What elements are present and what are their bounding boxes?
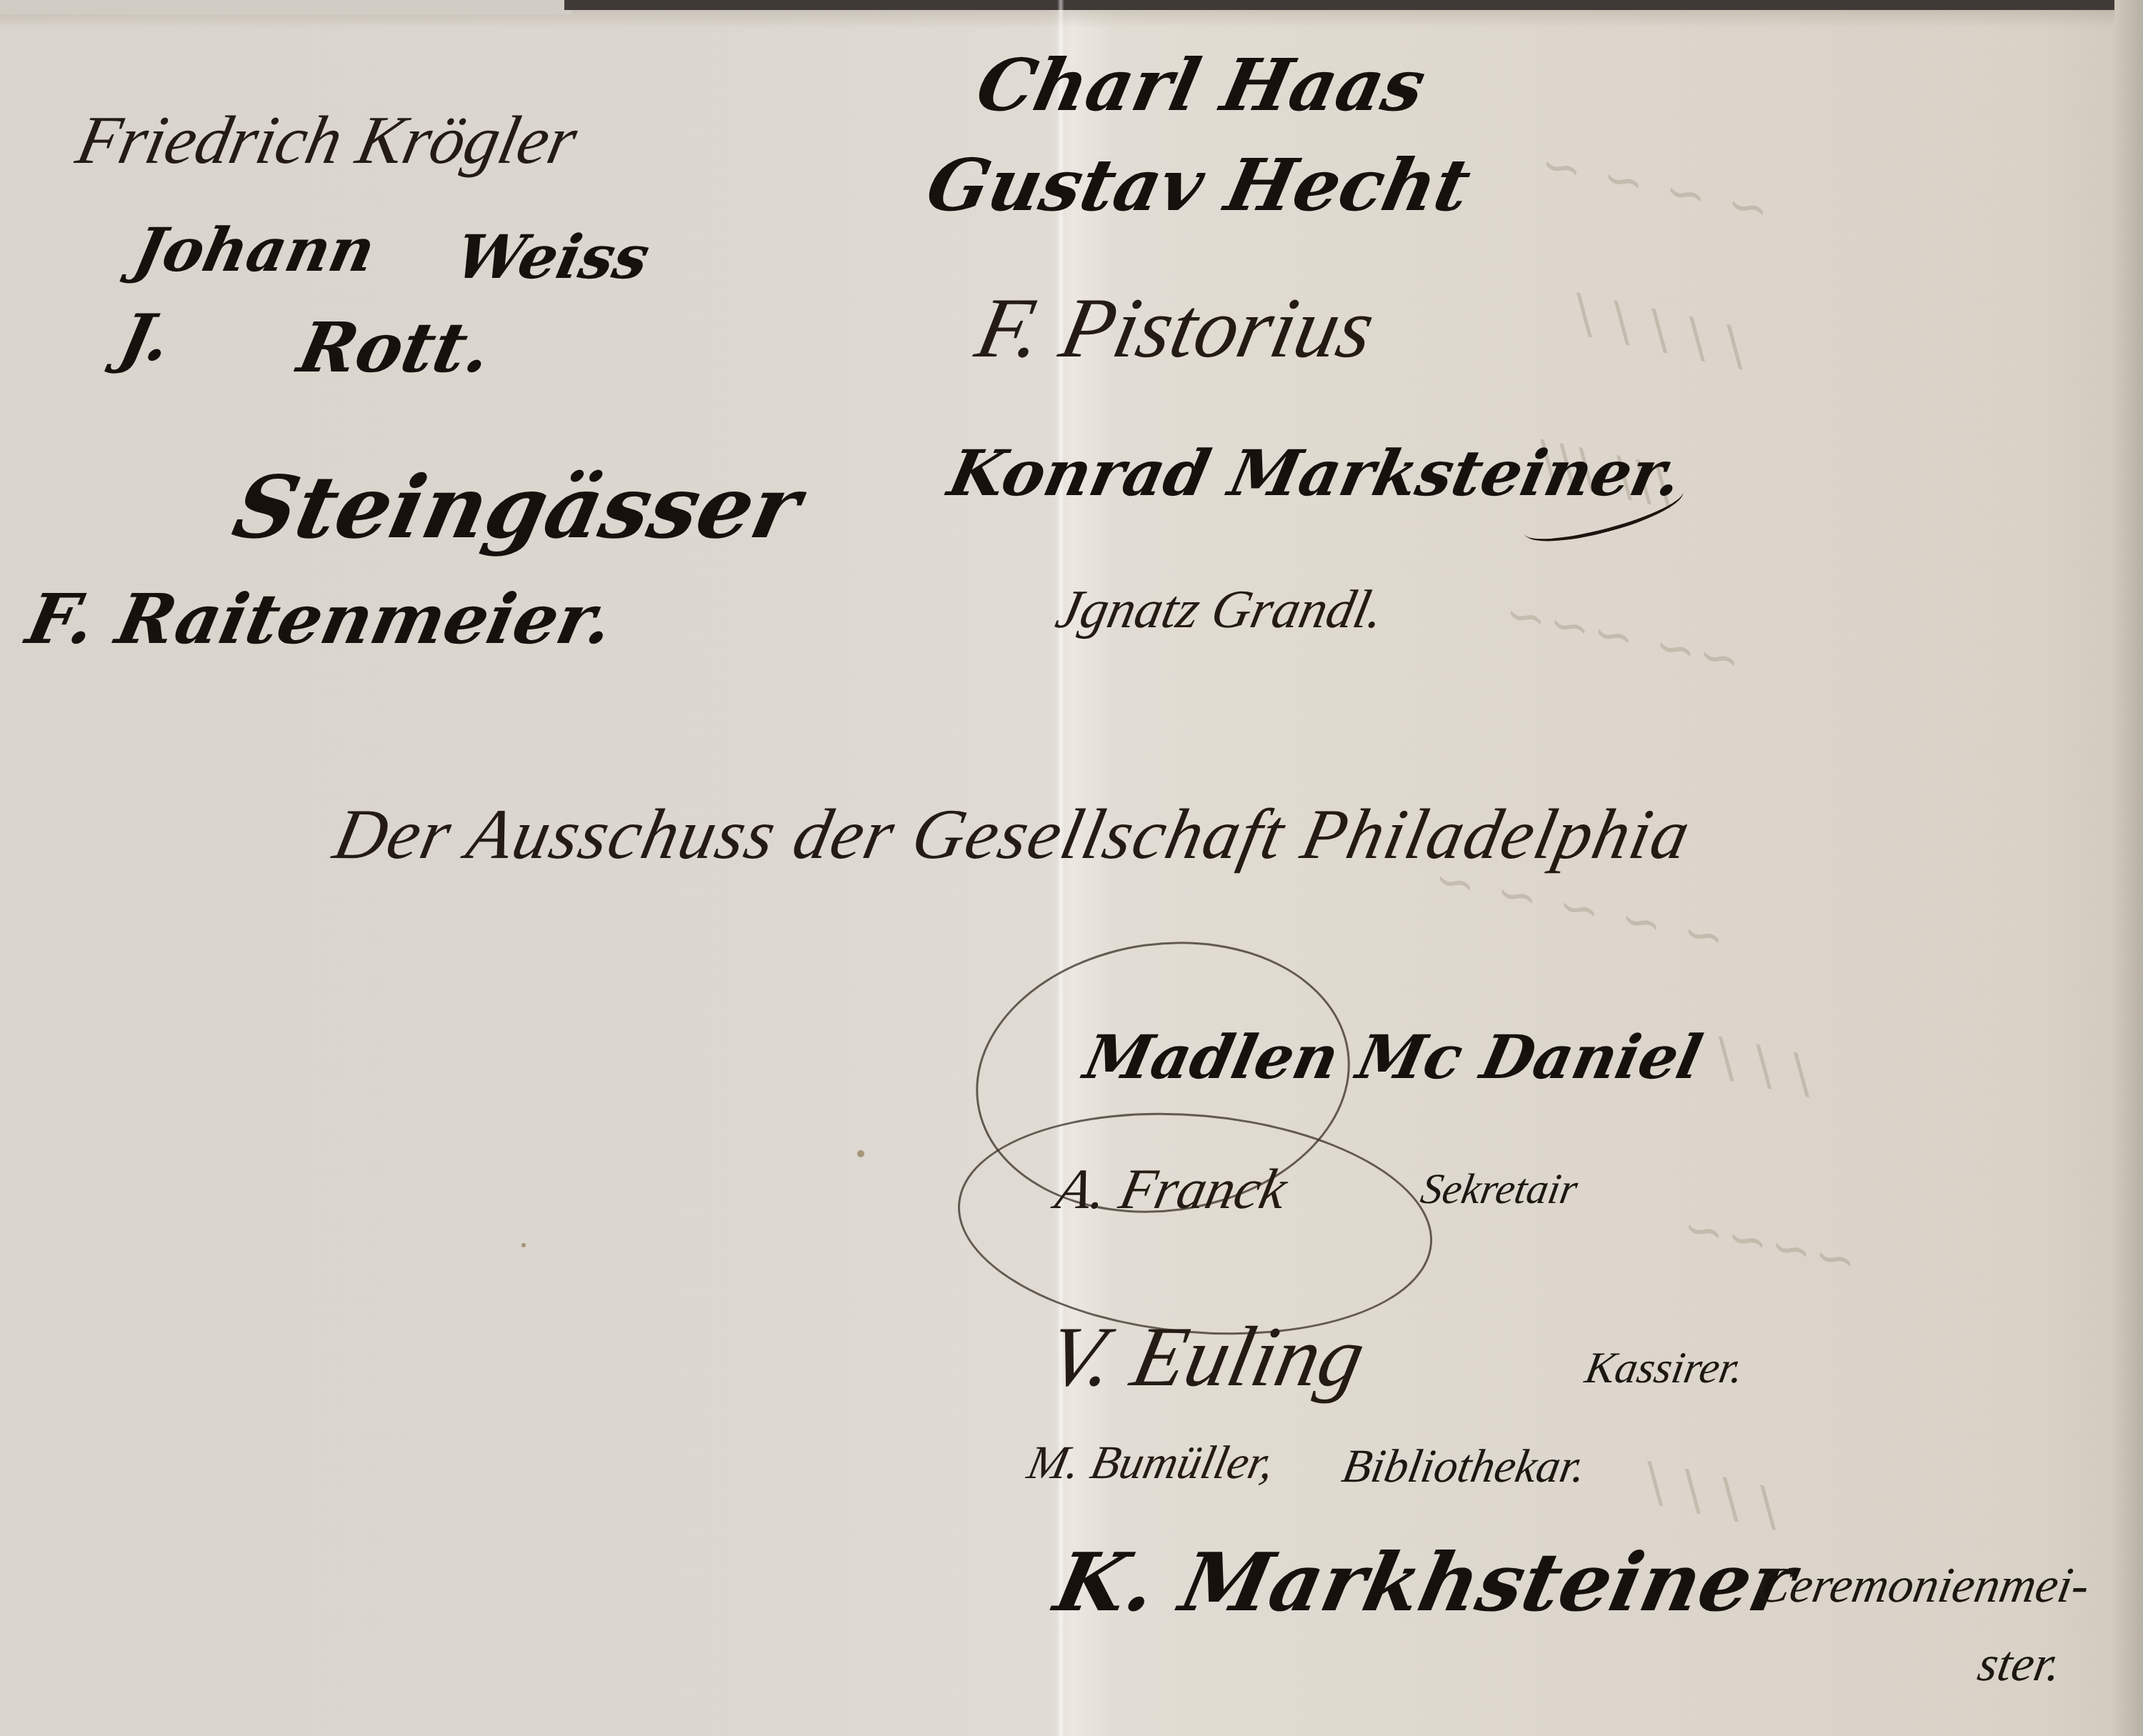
signature-johann: Johann [128, 214, 381, 285]
signature-rott: Rott. [291, 307, 499, 388]
signature-friedrich-kroegler: Friedrich Krögler [70, 100, 584, 179]
role-ceremonienmeister: Ceremonienmei- [1752, 1557, 2094, 1615]
bleed-through-text: ~~ ~~~ [1497, 583, 1746, 691]
heading-society-committee: Der Ausschuss der Gesellschaft Philadelp… [327, 793, 1699, 875]
background-strip [564, 0, 2143, 10]
bleed-through-text: ~ ~ ~ ~ [1532, 134, 1774, 240]
signature-a-franck: A. Franck [1050, 1157, 1292, 1222]
signature-raitenmeier: F. Raitenmeier. [20, 579, 621, 659]
bleed-through-text: / / / / / [1567, 283, 1749, 376]
signature-pistorius: F. Pistorius [968, 279, 1383, 377]
signature-president: Madlen Mc Daniel [1078, 1022, 1708, 1092]
bleed-through-text: / / / [1709, 1027, 1816, 1104]
signature-ignatz-grandl: Jgnatz Grandl. [1051, 579, 1389, 641]
paper-stain [521, 1243, 526, 1247]
paper-stain [857, 1150, 864, 1157]
bleed-through-text: / / / / [1639, 1451, 1783, 1537]
signature-gustav-hecht: Gustav Hecht [919, 143, 1477, 227]
document-paper: ~ ~ ~ ~ / / / / / /// /// ~~ ~~~ ~ ~ ~ ~… [0, 0, 2143, 1736]
signature-charl-haas: Charl Haas [969, 43, 1432, 127]
signature-m-bumueller: M. Bumüller, [1023, 1436, 1279, 1490]
signature-v-euling: V. Euling [1039, 1307, 1373, 1406]
role-bibliothekar: Bibliothekar. [1338, 1440, 1590, 1494]
signature-k-markhsteiner: K. Markhsteiner [1047, 1536, 1803, 1630]
signature-j-initial: J. [114, 300, 177, 376]
role-ceremonienmeister-cont: ster. [1974, 1636, 2066, 1693]
role-sekretair: Sekretair [1417, 1164, 1582, 1214]
role-kassirer: Kassirer. [1582, 1343, 1747, 1394]
torn-paper-edge [0, 0, 571, 14]
signature-weiss: Weiss [449, 221, 655, 292]
paper-right-edge [2114, 0, 2143, 1736]
signature-steingaesser: Steingässer [225, 457, 809, 558]
bleed-through-text: ~~~~ [1674, 1197, 1862, 1291]
